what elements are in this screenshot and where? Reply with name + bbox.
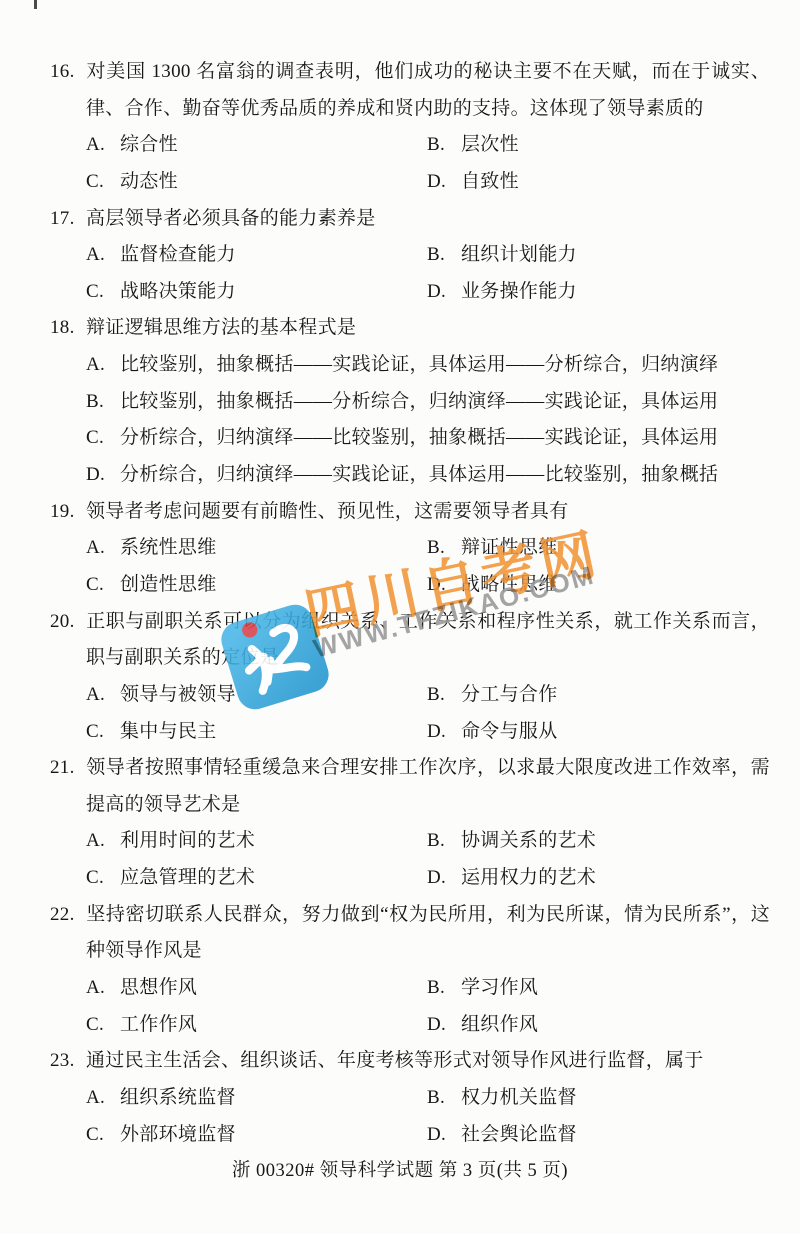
- question-block: 16.对美国 1300 名富翁的调查表明，他们成功的秘诀主要不在天赋，而在于诚实…: [0, 54, 800, 201]
- option-row: A.监督检查能力B.组织计划能力: [0, 237, 800, 274]
- question-text: 通过民主生活会、组织谈话、年度考核等形式对领导作风进行监督，属于: [86, 1050, 704, 1071]
- option-label: C.: [86, 1117, 120, 1154]
- option-text: 自致性: [461, 171, 519, 192]
- option: D.运用权力的艺术: [427, 860, 596, 897]
- option-label: C.: [86, 164, 120, 201]
- question-text: 领导者按照事情轻重缓急来合理安排工作次序，以求最大限度改进工作效率，需要: [50, 757, 770, 787]
- option-text: 思想作风: [120, 977, 197, 998]
- option: A.监督检查能力: [86, 237, 236, 274]
- option-row: C.战略决策能力D.业务操作能力: [0, 274, 800, 311]
- question-line: 律、合作、勤奋等优秀品质的养成和贤内助的支持。这体现了领导素质的: [0, 91, 800, 128]
- option: A.思想作风: [86, 970, 197, 1007]
- question-text: 辩证逻辑思维方法的基本程式是: [86, 317, 356, 338]
- question-line: 18.辩证逻辑思维方法的基本程式是: [0, 310, 800, 347]
- question-text: 提高的领导艺术是: [86, 794, 240, 815]
- option-text: 战略决策能力: [120, 281, 236, 302]
- option: A.领导与被领导: [86, 677, 236, 714]
- question-number: 22.: [50, 897, 86, 934]
- option-label: C.: [86, 860, 120, 897]
- option: D.命令与服从: [427, 714, 558, 751]
- option-text: 运用权力的艺术: [461, 867, 596, 888]
- option-label: D.: [427, 567, 461, 604]
- option-text: 业务操作能力: [461, 281, 577, 302]
- question-text: 对美国 1300 名富翁的调查表明，他们成功的秘诀主要不在天赋，而在于诚实、自: [50, 61, 770, 91]
- option-label: A.: [86, 127, 120, 164]
- option-text: 系统性思维: [120, 537, 217, 558]
- option-label: D.: [427, 860, 461, 897]
- option: B.学习作风: [427, 970, 538, 1007]
- option: A.组织系统监督: [86, 1080, 236, 1117]
- option: B.比较鉴别，抽象概括——分析综合，归纳演绎——实践论证，具体运用: [86, 384, 718, 421]
- option-row: A.领导与被领导B.分工与合作: [0, 677, 800, 714]
- option: D.社会舆论监督: [427, 1117, 577, 1154]
- option-row: C.工作作风D.组织作风: [0, 1007, 800, 1044]
- option-row: C.应急管理的艺术D.运用权力的艺术: [0, 860, 800, 897]
- question-number: 16.: [50, 54, 86, 91]
- option-row: A.利用时间的艺术B.协调关系的艺术: [0, 823, 800, 860]
- question-text: 坚持密切联系人民群众，努力做到“权为民所用，利为民所谋，情为民所系”，这: [86, 904, 770, 925]
- question-text: 正职与副职关系可以分为组织关系、工作关系和程序性关系，就工作关系而言，正: [50, 611, 770, 641]
- option-text: 命令与服从: [461, 721, 558, 742]
- scan-corner-mark: [34, 0, 37, 9]
- question-text: 领导者考虑问题要有前瞻性、预见性，这需要领导者具有: [86, 501, 569, 522]
- option-row: C.集中与民主D.命令与服从: [0, 714, 800, 751]
- option-text: 分工与合作: [461, 684, 558, 705]
- option-text: 领导与被领导: [120, 684, 236, 705]
- option-label: A.: [86, 1080, 120, 1117]
- option-text: 学习作风: [461, 977, 538, 998]
- option-row: C.分析综合，归纳演绎——比较鉴别，抽象概括——实践论证，具体运用: [0, 420, 800, 457]
- question-line: 17.高层领导者必须具备的能力素养是: [0, 201, 800, 238]
- option-text: 层次性: [461, 134, 519, 155]
- option: C.战略决策能力: [86, 274, 236, 311]
- question-line: 20.正职与副职关系可以分为组织关系、工作关系和程序性关系，就工作关系而言，正: [0, 604, 800, 641]
- option: C.应急管理的艺术: [86, 860, 255, 897]
- option: C.分析综合，归纳演绎——比较鉴别，抽象概括——实践论证，具体运用: [86, 420, 718, 457]
- option: D.战略性思维: [427, 567, 558, 604]
- exam-page: { "page": { "footer": "浙 00320# 领导科学试题 第…: [0, 0, 800, 1234]
- option-label: B.: [427, 677, 461, 714]
- question-number: 21.: [50, 750, 86, 787]
- option: C.集中与民主: [86, 714, 217, 751]
- option-label: C.: [86, 274, 120, 311]
- option-label: D.: [86, 457, 120, 494]
- option-label: C.: [86, 567, 120, 604]
- option-row: A.比较鉴别，抽象概括——实践论证，具体运用——分析综合，归纳演绎: [0, 347, 800, 384]
- option-label: C.: [86, 1007, 120, 1044]
- question-block: 20.正职与副职关系可以分为组织关系、工作关系和程序性关系，就工作关系而言，正职…: [0, 604, 800, 751]
- question-block: 19.领导者考虑问题要有前瞻性、预见性，这需要领导者具有A.系统性思维B.辩证性…: [0, 494, 800, 604]
- option-label: B.: [427, 127, 461, 164]
- option-text: 应急管理的艺术: [120, 867, 255, 888]
- question-number: 20.: [50, 604, 86, 641]
- option: C.创造性思维: [86, 567, 217, 604]
- exam-body: 16.对美国 1300 名富翁的调查表明，他们成功的秘诀主要不在天赋，而在于诚实…: [0, 0, 800, 1190]
- option-label: A.: [86, 677, 120, 714]
- option: B.分工与合作: [427, 677, 558, 714]
- option-text: 比较鉴别，抽象概括——分析综合，归纳演绎——实践论证，具体运用: [120, 391, 718, 412]
- option-label: B.: [427, 237, 461, 274]
- option-text: 动态性: [120, 171, 178, 192]
- question-text: 律、合作、勤奋等优秀品质的养成和贤内助的支持。这体现了领导素质的: [86, 98, 704, 119]
- option-text: 监督检查能力: [120, 244, 236, 265]
- question-block: 23.通过民主生活会、组织谈话、年度考核等形式对领导作风进行监督，属于A.组织系…: [0, 1043, 800, 1153]
- question-line: 职与副职关系的定位是: [0, 640, 800, 677]
- option-label: A.: [86, 970, 120, 1007]
- option: D.自致性: [427, 164, 519, 201]
- option: A.系统性思维: [86, 530, 217, 567]
- option: A.综合性: [86, 127, 178, 164]
- option: A.利用时间的艺术: [86, 823, 255, 860]
- option-row: A.思想作风B.学习作风: [0, 970, 800, 1007]
- question-text: 种领导作风是: [86, 940, 202, 961]
- option: B.协调关系的艺术: [427, 823, 596, 860]
- option: C.工作作风: [86, 1007, 197, 1044]
- question-number: 17.: [50, 201, 86, 238]
- option-text: 利用时间的艺术: [120, 830, 255, 851]
- option: B.层次性: [427, 127, 519, 164]
- question-number: 23.: [50, 1043, 86, 1080]
- option-row: C.外部环境监督D.社会舆论监督: [0, 1117, 800, 1154]
- option-label: D.: [427, 1007, 461, 1044]
- option-label: D.: [427, 164, 461, 201]
- option-label: D.: [427, 274, 461, 311]
- option-label: B.: [427, 530, 461, 567]
- option-label: A.: [86, 237, 120, 274]
- questions-container: 16.对美国 1300 名富翁的调查表明，他们成功的秘诀主要不在天赋，而在于诚实…: [0, 54, 800, 1153]
- question-block: 21.领导者按照事情轻重缓急来合理安排工作次序，以求最大限度改进工作效率，需要提…: [0, 750, 800, 897]
- option-text: 外部环境监督: [120, 1124, 236, 1145]
- option-label: B.: [427, 1080, 461, 1117]
- question-text: 职与副职关系的定位是: [86, 647, 279, 668]
- option-text: 协调关系的艺术: [461, 830, 596, 851]
- option-text: 组织作风: [461, 1014, 538, 1035]
- option-row: B.比较鉴别，抽象概括——分析综合，归纳演绎——实践论证，具体运用: [0, 384, 800, 421]
- option-text: 组织计划能力: [461, 244, 577, 265]
- option-text: 分析综合，归纳演绎——比较鉴别，抽象概括——实践论证，具体运用: [120, 427, 718, 448]
- question-number: 18.: [50, 310, 86, 347]
- option-text: 创造性思维: [120, 574, 217, 595]
- option-text: 工作作风: [120, 1014, 197, 1035]
- option-label: A.: [86, 347, 120, 384]
- option-label: C.: [86, 420, 120, 457]
- question-line: 16.对美国 1300 名富翁的调查表明，他们成功的秘诀主要不在天赋，而在于诚实…: [0, 54, 800, 91]
- option-row: C.创造性思维D.战略性思维: [0, 567, 800, 604]
- option-row: A.综合性B.层次性: [0, 127, 800, 164]
- option: C.动态性: [86, 164, 178, 201]
- question-line: 23.通过民主生活会、组织谈话、年度考核等形式对领导作风进行监督，属于: [0, 1043, 800, 1080]
- option-text: 社会舆论监督: [461, 1124, 577, 1145]
- footer-text: 浙 00320# 领导科学试题 第 3 页(共 5 页): [232, 1161, 568, 1181]
- question-line: 21.领导者按照事情轻重缓急来合理安排工作次序，以求最大限度改进工作效率，需要: [0, 750, 800, 787]
- page-footer: 浙 00320# 领导科学试题 第 3 页(共 5 页): [0, 1153, 800, 1190]
- option-label: B.: [86, 384, 120, 421]
- option-row: A.系统性思维B.辩证性思维: [0, 530, 800, 567]
- option: D.业务操作能力: [427, 274, 577, 311]
- option-label: A.: [86, 823, 120, 860]
- option: B.权力机关监督: [427, 1080, 577, 1117]
- question-block: 18.辩证逻辑思维方法的基本程式是A.比较鉴别，抽象概括——实践论证，具体运用—…: [0, 310, 800, 493]
- option-label: B.: [427, 823, 461, 860]
- option-row: C.动态性D.自致性: [0, 164, 800, 201]
- option-text: 辩证性思维: [461, 537, 558, 558]
- option-text: 分析综合，归纳演绎——实践论证，具体运用——比较鉴别，抽象概括: [120, 464, 718, 485]
- question-line: 19.领导者考虑问题要有前瞻性、预见性，这需要领导者具有: [0, 494, 800, 531]
- option: B.辩证性思维: [427, 530, 558, 567]
- option-text: 综合性: [120, 134, 178, 155]
- question-number: 19.: [50, 494, 86, 531]
- option-label: D.: [427, 1117, 461, 1154]
- option-text: 组织系统监督: [120, 1087, 236, 1108]
- question-text: 高层领导者必须具备的能力素养是: [86, 208, 376, 229]
- option-text: 集中与民主: [120, 721, 217, 742]
- option-label: C.: [86, 714, 120, 751]
- question-line: 提高的领导艺术是: [0, 787, 800, 824]
- option-text: 战略性思维: [461, 574, 558, 595]
- question-block: 22.坚持密切联系人民群众，努力做到“权为民所用，利为民所谋，情为民所系”，这种…: [0, 897, 800, 1044]
- option-text: 权力机关监督: [461, 1087, 577, 1108]
- question-line: 22.坚持密切联系人民群众，努力做到“权为民所用，利为民所谋，情为民所系”，这: [0, 897, 800, 934]
- option: B.组织计划能力: [427, 237, 577, 274]
- question-block: 17.高层领导者必须具备的能力素养是A.监督检查能力B.组织计划能力C.战略决策…: [0, 201, 800, 311]
- option-row: A.组织系统监督B.权力机关监督: [0, 1080, 800, 1117]
- option-row: D.分析综合，归纳演绎——实践论证，具体运用——比较鉴别，抽象概括: [0, 457, 800, 494]
- option: A.比较鉴别，抽象概括——实践论证，具体运用——分析综合，归纳演绎: [86, 347, 718, 384]
- option-label: A.: [86, 530, 120, 567]
- option: D.分析综合，归纳演绎——实践论证，具体运用——比较鉴别，抽象概括: [86, 457, 718, 494]
- option: C.外部环境监督: [86, 1117, 236, 1154]
- question-line: 种领导作风是: [0, 933, 800, 970]
- option-label: B.: [427, 970, 461, 1007]
- option-label: D.: [427, 714, 461, 751]
- option: D.组织作风: [427, 1007, 538, 1044]
- option-text: 比较鉴别，抽象概括——实践论证，具体运用——分析综合，归纳演绎: [120, 354, 718, 375]
